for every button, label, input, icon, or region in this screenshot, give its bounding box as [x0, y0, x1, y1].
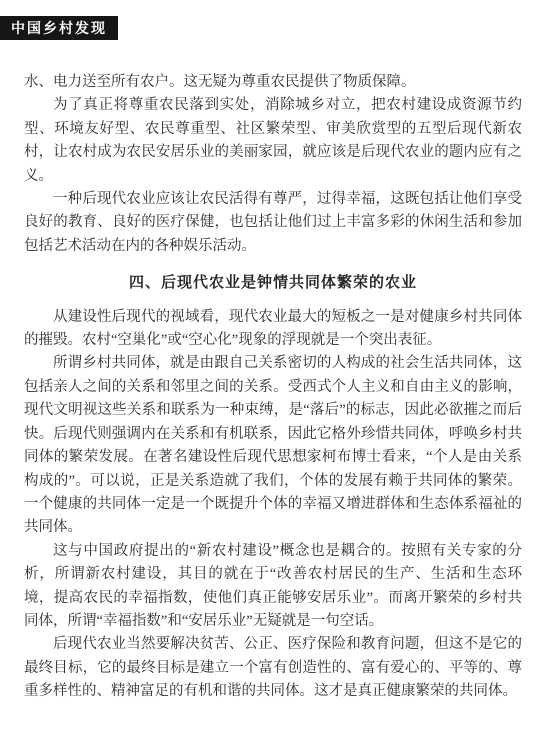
journal-banner: 中国乡村发现 [0, 16, 118, 40]
paragraph: 一种后现代农业应该让农民活得有尊严，过得幸福，这既包括让他们享受良好的教育、良好… [24, 188, 522, 258]
paragraph: 为了真正将尊重农民落到实处，消除城乡对立，把农村建设成资源节约型、环境友好型、农… [24, 94, 522, 188]
paragraph: 水、电力送至所有农户。这无疑为尊重农民提供了物质保障。 [24, 71, 522, 94]
page-body: 水、电力送至所有农户。这无疑为尊重农民提供了物质保障。为了真正将尊重农民落到实处… [24, 71, 522, 704]
paragraph: 从建设性后现代的视域看，现代农业最大的短板之一是对健康乡村共同体的摧毁。农村“空… [24, 306, 522, 353]
paragraph: 这与中国政府提出的“新农村建设”概念也是耦合的。按照有关专家的分析，所谓新农村建… [24, 540, 522, 634]
scanned-document-page: 中国乡村发现 水、电力送至所有农户。这无疑为尊重农民提供了物质保障。为了真正将尊… [0, 0, 548, 745]
paragraph: 所谓乡村共同体，就是由跟自己关系密切的人构成的社会生活共同体，这包括亲人之间的关… [24, 352, 522, 539]
section-heading: 四、后现代农业是钟情共同体繁荣的农业 [24, 271, 522, 294]
paragraph: 后现代农业当然要解决贫苦、公正、医疗保险和教育问题，但这不是它的最终目标，它的最… [24, 633, 522, 703]
journal-banner-label: 中国乡村发现 [11, 18, 107, 38]
